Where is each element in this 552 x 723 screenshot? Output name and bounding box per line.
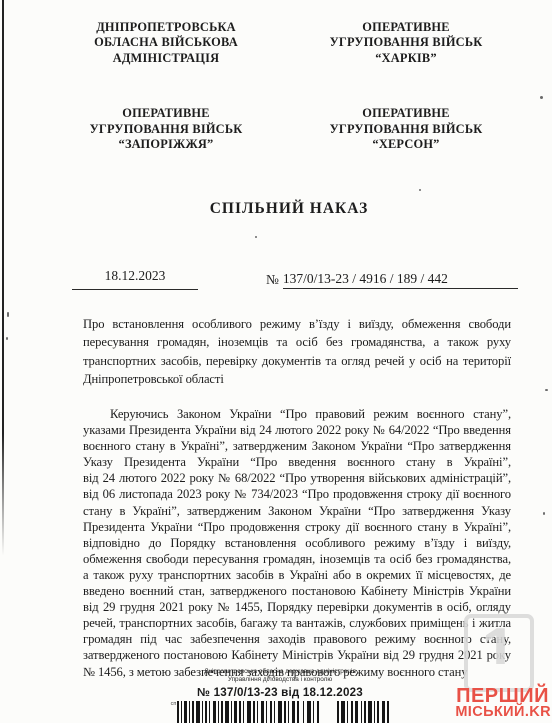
subject-paragraph: Про встановлення особливого режиму в’їзд… [83, 315, 511, 389]
stamp-registration-number: № 137/0/13-23 від 18.12.2023 [158, 686, 402, 699]
stamp-org-line2: Управління діловодства і контролю [158, 676, 402, 684]
number-value: 137/0/13-23 / 4916 / 189 / 442 [283, 271, 518, 289]
watermark-logo-icon: 1 [464, 614, 534, 692]
barcode-icon [177, 701, 389, 723]
body-line: указами Президента України від 24 лютого… [83, 422, 511, 438]
org-block-line: ОПЕРАТИВНЕ [55, 106, 277, 121]
document-date: 18.12.2023 [72, 268, 198, 290]
org-block-line: “ХЕРСОН” [295, 137, 517, 152]
news-site-watermark: 1 ПЕРШИЙ МІСЬКИЙ.KR [456, 610, 552, 723]
scan-speck [540, 96, 543, 99]
scanned-document-page: ДНІПРОПЕТРОВСЬКАОБЛАСНА ВІЙСЬКОВААДМІНІС… [0, 0, 552, 723]
body-line: громадян під час забезпечення заходів пр… [83, 631, 511, 647]
subject-line: Дніпропетровської області [83, 370, 511, 388]
scan-edge-artifact [2, 0, 4, 556]
watermark-band [483, 664, 523, 676]
body-line: затвердженого постановою Кабінету Мініст… [83, 647, 511, 663]
org-block-line: УГРУПОВАННЯ ВІЙСЬК [295, 122, 517, 137]
scan-speck [419, 189, 421, 191]
body-line: воєнного стану в Україні”, затвердженим … [83, 438, 511, 454]
body-line: Керуючись Законом України “Про правовий … [83, 406, 511, 422]
body-line: обмеження свободи пересування громадян, … [83, 551, 511, 567]
body-line: введено воєнний стан, затвердженого пост… [83, 583, 511, 599]
org-block-line: ОБЛАСНА ВІЙСЬКОВА [55, 35, 277, 50]
org-block-line: “ЗАПОРІЖЖЯ” [55, 137, 277, 152]
scan-speck [255, 236, 257, 238]
letterhead: ДНІПРОПЕТРОВСЬКАОБЛАСНА ВІЙСЬКОВААДМІНІС… [55, 20, 517, 152]
number-label: № [266, 272, 283, 289]
registration-stamp: Дніпропетровська обласна державна адміні… [158, 668, 402, 723]
document-title: СПІЛЬНИЙ НАКАЗ [0, 200, 552, 218]
barcode-row: сп [158, 701, 402, 723]
body-line: відповідно до Порядку встановлення особл… [83, 535, 511, 551]
org-block-line: ОПЕРАТИВНЕ [295, 20, 517, 35]
body-paragraph: Керуючись Законом України “Про правовий … [83, 406, 511, 680]
org-block-dnipropetrovsk: ДНІПРОПЕТРОВСЬКАОБЛАСНА ВІЙСЬКОВААДМІНІС… [55, 20, 277, 66]
body-line: стану в Україні”, затвердженим Законом У… [83, 503, 511, 519]
scan-speck [543, 512, 545, 515]
body-line: Президента України “Про продовження стро… [83, 519, 511, 535]
watermark-domain: МІСЬКИЙ.KR [455, 705, 551, 720]
body-line: від 29 грудня 2021 року № 1455, Порядку … [83, 599, 511, 615]
org-block-line: УГРУПОВАННЯ ВІЙСЬК [295, 35, 517, 50]
org-block-line: ДНІПРОПЕТРОВСЬКА [55, 20, 277, 35]
scan-speck [545, 389, 548, 391]
barcode-prefix: сп [171, 701, 177, 707]
body-line: Указу Президента України “Про введення в… [83, 454, 511, 470]
subject-line: пересування громадян, іноземців та осіб … [83, 333, 511, 351]
scan-speck [6, 337, 8, 340]
body-line: від 24 лютого 2022 року № 68/2022 “Про у… [83, 470, 511, 486]
body-line: а також руху транспортних засобів в Укра… [83, 567, 511, 583]
subject-line: Про встановлення особливого режиму в’їзд… [83, 315, 511, 333]
scan-speck [7, 312, 9, 317]
org-block-kherson: ОПЕРАТИВНЕУГРУПОВАННЯ ВІЙСЬК“ХЕРСОН” [295, 106, 517, 152]
watermark-name: ПЕРШИЙ [456, 686, 549, 706]
org-block-line: “ХАРКІВ” [295, 51, 517, 66]
body-line: речей, транспортних засобів, багажу та в… [83, 615, 511, 631]
stamp-org-line1: Дніпропетровська обласна державна адміні… [158, 668, 402, 676]
subject-line: транспортних засобів, перевірку документ… [83, 352, 511, 370]
org-block-zaporizhzhia: ОПЕРАТИВНЕУГРУПОВАННЯ ВІЙСЬК“ЗАПОРІЖЖЯ” [55, 106, 277, 152]
body-line: від 06 листопада 2023 року № 734/2023 “П… [83, 486, 511, 502]
org-block-line: ОПЕРАТИВНЕ [295, 106, 517, 121]
org-block-line: УГРУПОВАННЯ ВІЙСЬК [55, 122, 277, 137]
org-block-line: АДМІНІСТРАЦІЯ [55, 51, 277, 66]
org-block-kharkiv: ОПЕРАТИВНЕУГРУПОВАННЯ ВІЙСЬК“ХАРКІВ” [295, 20, 517, 66]
document-number: № 137/0/13-23 / 4916 / 189 / 442 [266, 268, 518, 289]
